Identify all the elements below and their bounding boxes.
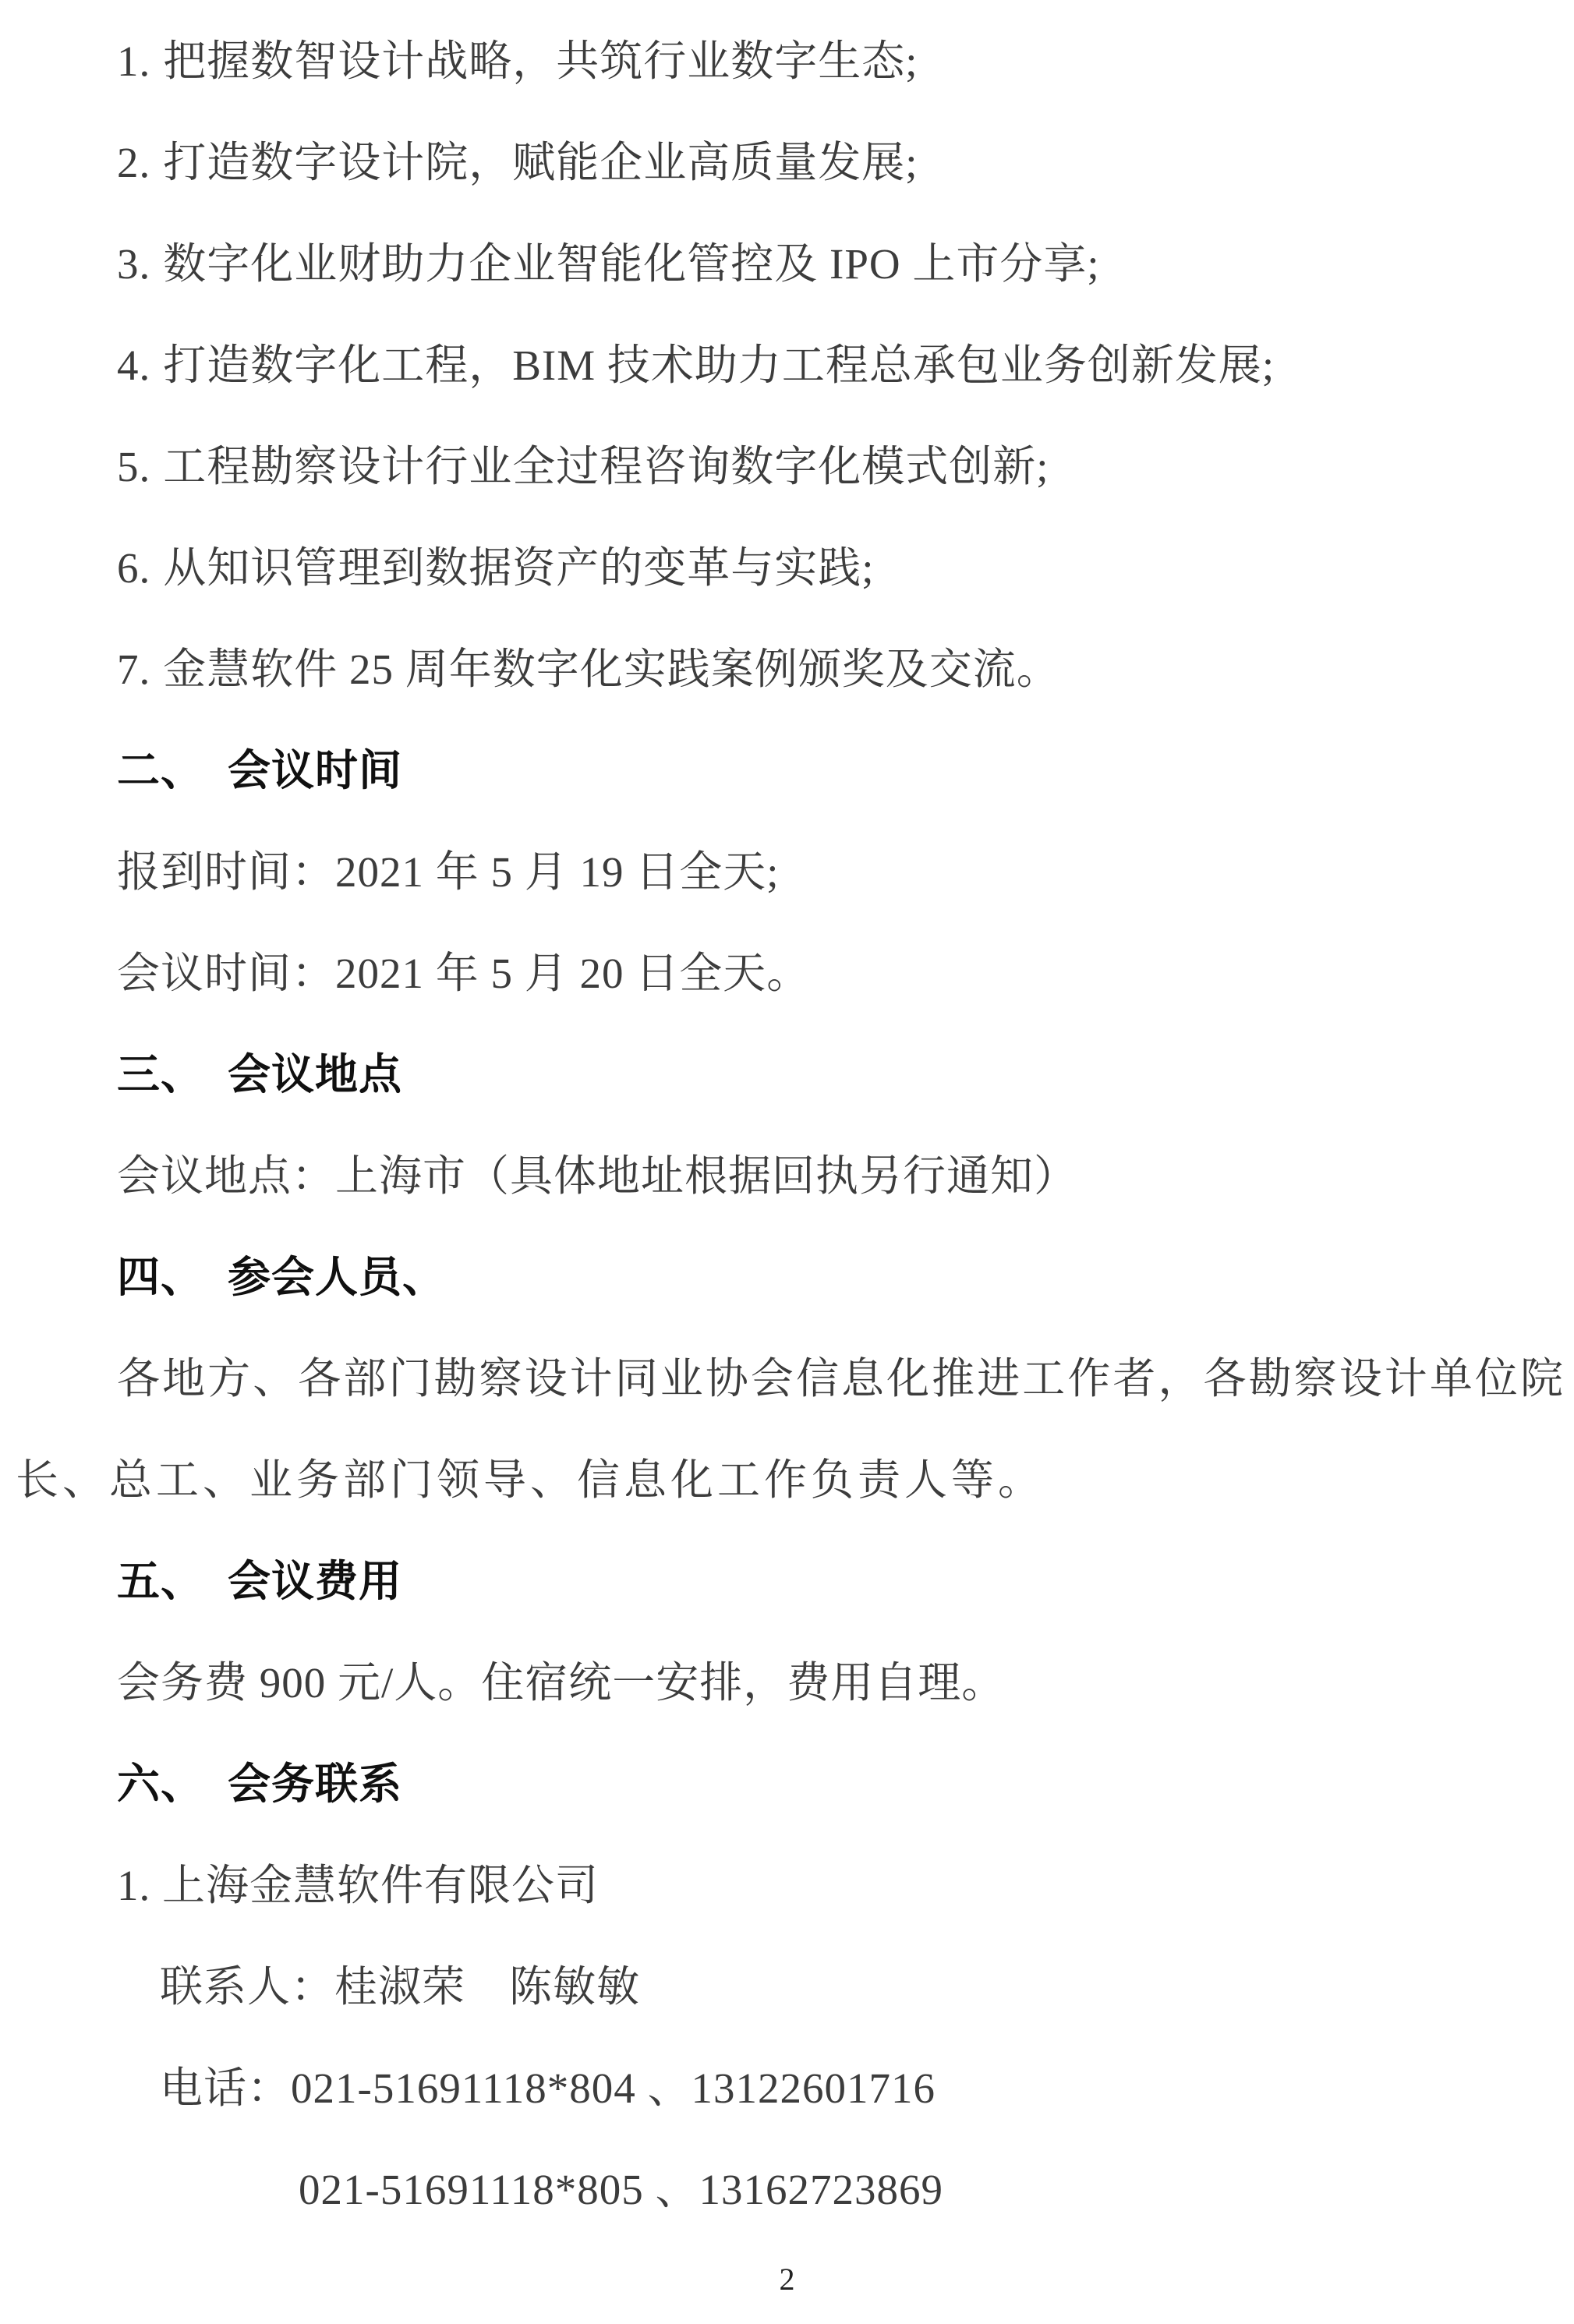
agenda-item-1: 1.把握数智设计战略，共筑行业数字生态; (117, 11, 1574, 112)
section-number: 五、 (117, 1531, 204, 1632)
participants-paragraph-line-2: 长、总工、业务部门领导、信息化工作负责人等。 (16, 1430, 1574, 1531)
section-number: 二、 (117, 720, 204, 822)
section-number: 六、 (117, 1734, 204, 1835)
agenda-item-text: 打造数字化工程，BIM 技术助力工程总承包业务创新发展; (163, 341, 1275, 389)
agenda-item-text: 工程勘察设计行业全过程咨询数字化模式创新; (163, 443, 1049, 490)
agenda-item-5: 5.工程勘察设计行业全过程咨询数字化模式创新; (117, 416, 1574, 518)
checkin-time-line: 报到时间：2021 年 5 月 19 日全天; (117, 822, 1574, 923)
agenda-item-text: 从知识管理到数据资产的变革与实践; (163, 544, 874, 592)
section-title: 会议费用 (228, 1558, 402, 1605)
section-number: 四、 (117, 1227, 204, 1328)
agenda-item-number: 6. (117, 518, 150, 619)
agenda-item-text: 数字化业财助力企业智能化管控及 IPO 上市分享; (163, 240, 1099, 288)
agenda-item-number: 7. (117, 619, 150, 720)
agenda-item-text: 把握数智设计战略，共筑行业数字生态; (163, 37, 918, 85)
section-title: 参会人员、 (228, 1254, 446, 1301)
contact-phone-line-1: 电话：021-51691118*804 、13122601716 (160, 2038, 1574, 2139)
agenda-item-number: 2. (117, 112, 150, 214)
agenda-item-number: 5. (117, 416, 150, 518)
agenda-item-6: 6.从知识管理到数据资产的变革与实践; (117, 518, 1574, 619)
agenda-item-3: 3.数字化业财助力企业智能化管控及 IPO 上市分享; (117, 214, 1574, 315)
agenda-item-text: 打造数字设计院，赋能企业高质量发展; (163, 139, 918, 186)
section-number: 三、 (117, 1024, 204, 1126)
contact-phone-line-2: 021-51691118*805 、13162723869 (299, 2139, 1574, 2241)
agenda-item-7: 7.金慧软件 25 周年数字化实践案例颁奖及交流。 (117, 619, 1574, 720)
agenda-item-4: 4.打造数字化工程，BIM 技术助力工程总承包业务创新发展; (117, 315, 1574, 416)
meeting-location-line: 会议地点：上海市（具体地址根据回执另行通知） (117, 1126, 1574, 1227)
page-number: 2 (0, 2241, 1574, 2319)
agenda-item-2: 2.打造数字设计院，赋能企业高质量发展; (117, 112, 1574, 214)
section-title: 会务联系 (228, 1760, 402, 1808)
section-title: 会议地点 (228, 1051, 402, 1098)
section-heading-meeting-fee: 五、会议费用 (117, 1531, 1574, 1632)
agenda-item-number: 1. (117, 11, 150, 112)
participants-paragraph-line-1: 各地方、各部门勘察设计同业协会信息化推进工作者，各勘察设计单位院 (117, 1328, 1564, 1430)
section-heading-meeting-time: 二、会议时间 (117, 720, 1574, 822)
meeting-fee-line: 会务费 900 元/人。住宿统一安排，费用自理。 (117, 1632, 1574, 1734)
meeting-time-line: 会议时间：2021 年 5 月 20 日全天。 (117, 923, 1574, 1024)
section-heading-meeting-location: 三、会议地点 (117, 1024, 1574, 1126)
agenda-item-number: 3. (117, 214, 150, 315)
document-page: 1.把握数智设计战略，共筑行业数字生态; 2.打造数字设计院，赋能企业高质量发展… (0, 0, 1574, 2324)
contact-person-line: 联系人：桂淑荣 陈敏敏 (160, 1937, 1574, 2038)
section-heading-contact: 六、会务联系 (117, 1734, 1574, 1835)
contact-company-line: 1. 上海金慧软件有限公司 (117, 1835, 1574, 1937)
agenda-item-text: 金慧软件 25 周年数字化实践案例颁奖及交流。 (163, 646, 1060, 693)
section-title: 会议时间 (228, 747, 402, 794)
section-heading-participants: 四、参会人员、 (117, 1227, 1574, 1328)
agenda-item-number: 4. (117, 315, 150, 416)
